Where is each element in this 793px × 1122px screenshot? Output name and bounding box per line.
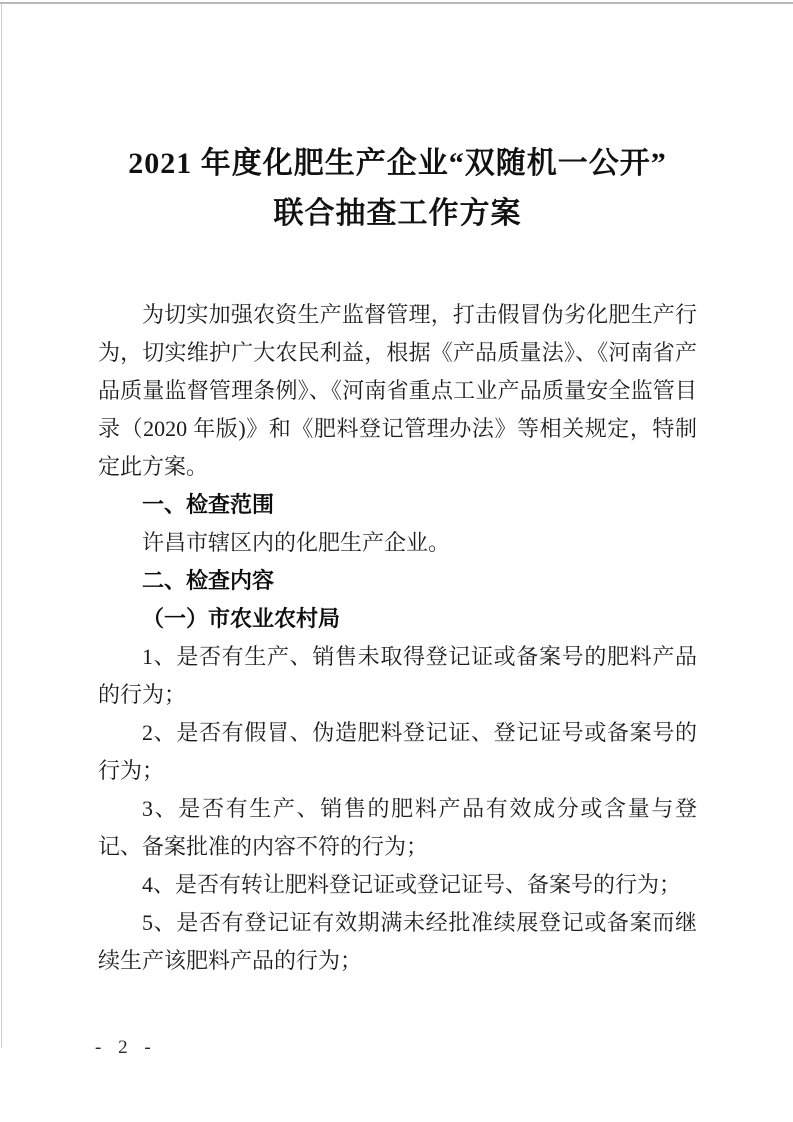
document-title: 2021 年度化肥生产企业“双随机一公开” 联合抽查工作方案 [98,139,697,239]
document-title-line-1: 2021 年度化肥生产企业“双随机一公开” [98,139,697,189]
document-body: 为切实加强农资生产监督管理，打击假冒伪劣化肥生产行为，切实维护广大农民利益，根据… [98,296,697,980]
section-scope-body: 许昌市辖区内的化肥生产企业。 [98,524,697,562]
scanned-document-page: { "document": { "title": { "line1": "202… [0,0,793,1122]
check-item-5: 5、是否有登记证有效期满未经批准续展登记或备案而继续生产该肥料产品的行为； [98,904,697,980]
intro-paragraph: 为切实加强农资生产监督管理，打击假冒伪劣化肥生产行为，切实维护广大农民利益，根据… [98,296,697,486]
document-page: 2021 年度化肥生产企业“双随机一公开” 联合抽查工作方案 为切实加强农资生产… [0,0,793,1122]
section-heading-scope: 一、检查范围 [98,486,697,524]
check-item-3: 3、是否有生产、销售的肥料产品有效成分或含量与登记、备案批准的内容不符的行为； [98,790,697,866]
section-heading-content: 二、检查内容 [98,562,697,600]
check-item-4: 4、是否有转让肥料登记证或登记证号、备案号的行为； [98,866,697,904]
subsection-heading-agriculture-bureau: （一）市农业农村局 [98,600,697,638]
page-number: - 2 - [95,1037,157,1059]
document-title-line-2: 联合抽查工作方案 [98,189,697,239]
check-item-1: 1、是否有生产、销售未取得登记证或备案号的肥料产品的行为； [98,638,697,714]
check-item-2: 2、是否有假冒、伪造肥料登记证、登记证号或备案号的行为； [98,714,697,790]
